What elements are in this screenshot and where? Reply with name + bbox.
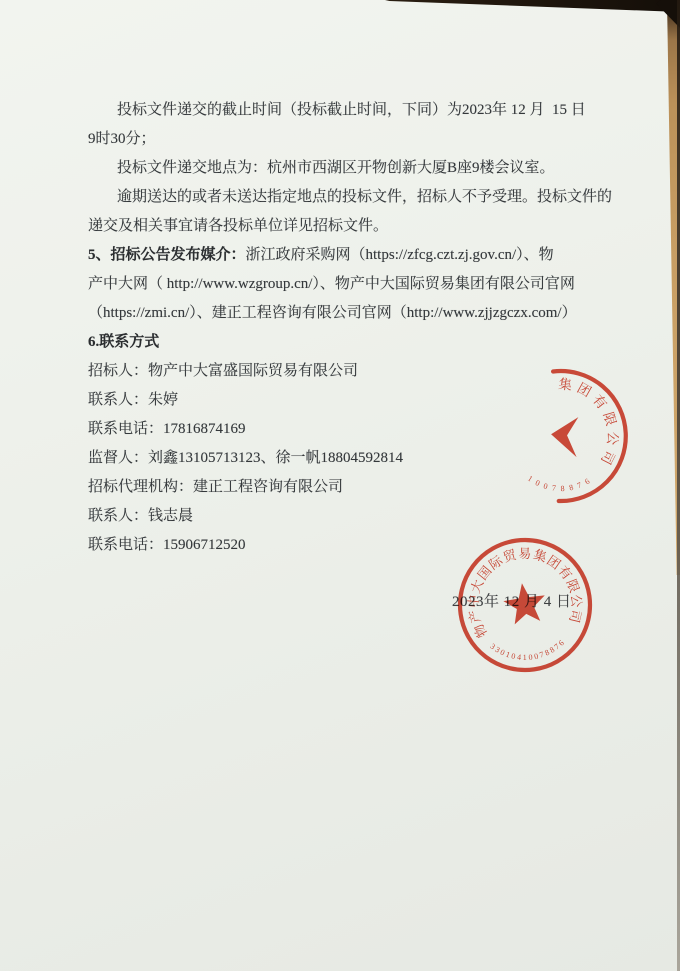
doc-line-text: 递交及相关事宜请各投标单位详见招标文件。 bbox=[88, 218, 388, 234]
doc-line-text: 联系电话：17816874169 bbox=[88, 421, 246, 437]
doc-line-text: 浙江政府采购网（https://zfcg.czt.zj.gov.cn/）、物 bbox=[246, 247, 554, 263]
doc-line-text: 投标文件递交地点为：杭州市西湖区开物创新大厦B座9楼会议室。 bbox=[117, 160, 555, 176]
partial-company-seal-stamp: 集团有限公司 10078876 bbox=[481, 356, 641, 516]
seal-star bbox=[501, 580, 548, 625]
doc-line: 逾期送达的或者未送达指定地点的投标文件，招标人不予受理。投标文件的 bbox=[88, 183, 608, 212]
partial-seal-number-arc-text: 10078876 bbox=[525, 470, 596, 496]
doc-line: 5、招标公告发布媒介：浙江政府采购网（https://zfcg.czt.zj.g… bbox=[88, 241, 608, 270]
doc-line-text: 9时30分； bbox=[88, 131, 156, 147]
doc-line-text: 逾期送达的或者未送达指定地点的投标文件，招标人不予受理。投标文件的 bbox=[117, 189, 612, 205]
doc-line-text: 投标文件递交的截止时间（投标截止时间，下同）为2023年 12 月 15 日 bbox=[117, 102, 586, 118]
doc-line-bold-prefix: 5、招标公告发布媒介： bbox=[88, 247, 246, 263]
doc-line: 递交及相关事宜请各投标单位详见招标文件。 bbox=[88, 212, 608, 241]
doc-line-text: 联系人：钱志晨 bbox=[88, 508, 193, 524]
doc-line-text: 联系人：朱婷 bbox=[88, 392, 178, 408]
doc-line-text: 联系电话：15906712520 bbox=[88, 537, 246, 553]
doc-line: 产中大网（ http://www.wzgroup.cn/）、物产中大国际贸易集团… bbox=[88, 270, 608, 299]
doc-line-bold-prefix: 6.联系方式 bbox=[88, 334, 159, 350]
doc-line: （https://zmi.cn/）、建正工程咨询有限公司官网（http://ww… bbox=[88, 299, 608, 328]
doc-line: 9时30分； bbox=[88, 125, 608, 154]
partial-seal-company-arc-text: 集团有限公司 bbox=[552, 375, 624, 471]
doc-line: 投标文件递交地点为：杭州市西湖区开物创新大厦B座9楼会议室。 bbox=[88, 154, 608, 183]
doc-line: 6.联系方式 bbox=[88, 328, 608, 357]
company-seal-stamp: 物产中大国际贸易集团有限公司 33010410078876 bbox=[445, 525, 605, 685]
doc-line-text: 产中大网（ http://www.wzgroup.cn/）、物产中大国际贸易集团… bbox=[88, 276, 575, 292]
doc-line: 投标文件递交的截止时间（投标截止时间，下同）为2023年 12 月 15 日 bbox=[88, 96, 608, 125]
doc-line-text: 招标人：物产中大富盛国际贸易有限公司 bbox=[88, 363, 358, 379]
seal-star-fragment bbox=[550, 415, 580, 457]
scanned-document-photo: 投标文件递交的截止时间（投标截止时间，下同）为2023年 12 月 15 日 9… bbox=[0, 0, 680, 971]
doc-line-text: 监督人：刘鑫13105713123、徐一帆18804592814 bbox=[88, 450, 403, 466]
photo-top-edge-shadow bbox=[385, 0, 680, 12]
doc-line-text: 招标代理机构：建正工程咨询有限公司 bbox=[88, 479, 343, 495]
doc-line-text: （https://zmi.cn/）、建正工程咨询有限公司官网（http://ww… bbox=[88, 305, 577, 321]
